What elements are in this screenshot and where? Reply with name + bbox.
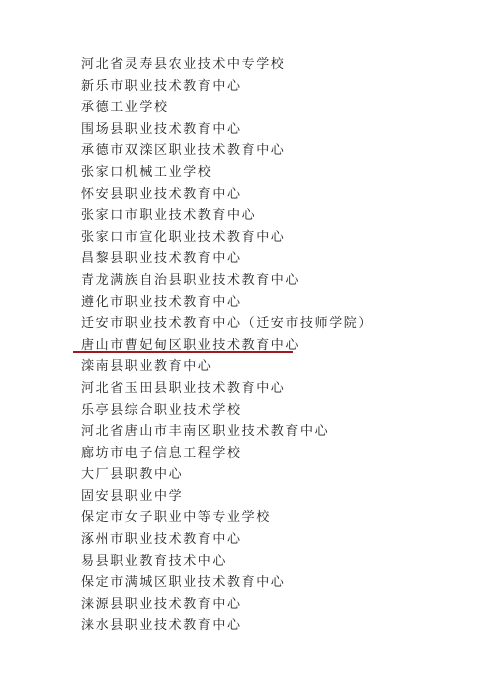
list-item: 怀安县职业技术教育中心 (81, 184, 373, 206)
list-item: 保定市女子职业中等专业学校 (81, 507, 373, 529)
list-item: 青龙满族自治县职业技术教育中心 (81, 270, 373, 292)
list-item: 廊坊市电子信息工程学校 (81, 443, 373, 465)
list-item: 迁安市职业技术教育中心（迁安市技师学院） (81, 313, 373, 335)
list-item: 围场县职业技术教育中心 (81, 119, 373, 141)
list-item: 遵化市职业技术教育中心 (81, 292, 373, 314)
red-underline-highlight (73, 351, 293, 353)
list-item: 保定市满城区职业技术教育中心 (81, 572, 373, 594)
school-list: 河北省灵寿县农业技术中专学校 新乐市职业技术教育中心 承德工业学校 围场县职业技… (81, 54, 373, 637)
list-item: 涞源县职业技术教育中心 (81, 594, 373, 616)
list-item: 固安县职业中学 (81, 486, 373, 508)
list-item: 承德工业学校 (81, 97, 373, 119)
list-item: 昌黎县职业技术教育中心 (81, 248, 373, 270)
list-item: 张家口机械工业学校 (81, 162, 373, 184)
list-item: 大厂县职教中心 (81, 464, 373, 486)
list-item: 易县职业教育技术中心 (81, 551, 373, 573)
highlighted-list-item: 唐山市曹妃甸区职业技术教育中心 (81, 335, 373, 357)
list-item: 滦南县职业教育中心 (81, 356, 373, 378)
list-item: 乐亭县综合职业技术学校 (81, 400, 373, 422)
list-item: 承德市双滦区职业技术教育中心 (81, 140, 373, 162)
list-item: 新乐市职业技术教育中心 (81, 76, 373, 98)
list-item: 涞水县职业技术教育中心 (81, 615, 373, 637)
list-item: 张家口市宣化职业技术教育中心 (81, 227, 373, 249)
list-item: 河北省玉田县职业技术教育中心 (81, 378, 373, 400)
list-item: 涿州市职业技术教育中心 (81, 529, 373, 551)
list-item: 河北省唐山市丰南区职业技术教育中心 (81, 421, 373, 443)
list-item: 河北省灵寿县农业技术中专学校 (81, 54, 373, 76)
list-item: 张家口市职业技术教育中心 (81, 205, 373, 227)
